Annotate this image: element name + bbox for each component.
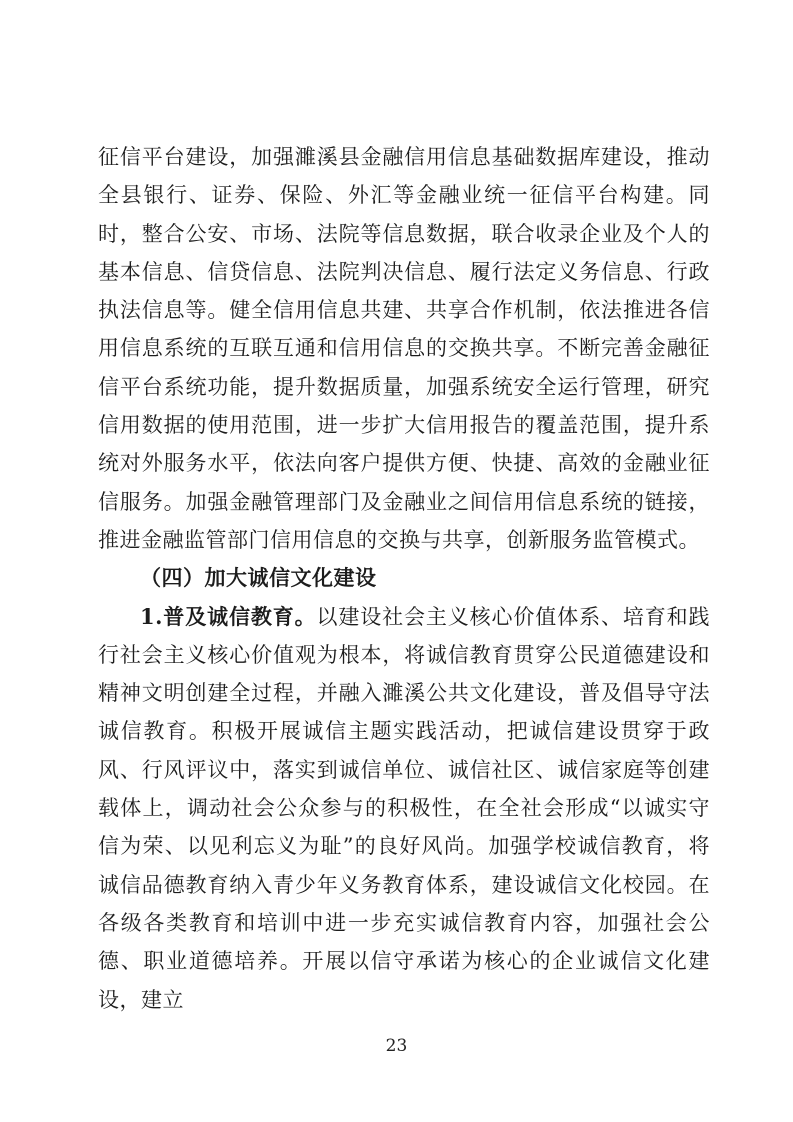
paragraph-lead-bold: 1.普及诚信教育。: [140, 604, 316, 629]
document-page: 征信平台建设，加强濉溪县金融信用信息基础数据库建设，推动全县银行、证券、保险、外…: [0, 0, 793, 1122]
page-text-block: 征信平台建设，加强濉溪县金融信用信息基础数据库建设，推动全县银行、证券、保险、外…: [98, 138, 710, 1019]
paragraph-body-text: 以建设社会主义核心价值体系、培育和践行社会主义核心价值观为根本，将诚信教育贯穿公…: [98, 605, 710, 1012]
section-heading-honesty-culture: （四）加大诚信文化建设: [98, 559, 710, 597]
page-number: 23: [0, 1036, 793, 1056]
paragraph-credit-platform-continuation: 征信平台建设，加强濉溪县金融信用信息基础数据库建设，推动全县银行、证券、保险、外…: [98, 138, 710, 559]
paragraph-honesty-education: 1.普及诚信教育。以建设社会主义核心价值体系、培育和践行社会主义核心价值观为根本…: [98, 598, 710, 1019]
